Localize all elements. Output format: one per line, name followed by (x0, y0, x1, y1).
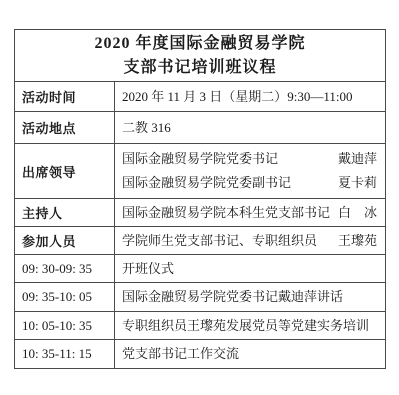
content-line: 专职组织员王瓈苑发展党员等党建实务培训 (122, 318, 377, 334)
schedule-time: 09: 35-10: 05 (15, 283, 115, 311)
content-line: 2020 年 11 月 3 日（星期二）9:30—11:00 (122, 89, 377, 105)
schedule-row: 10: 05-10: 35 专职组织员王瓈苑发展党员等党建实务培训 (15, 311, 385, 339)
content-line: 国际金融贸易学院党委书记戴迪萍讲话 (122, 289, 377, 305)
row-label: 活动时间 (15, 82, 115, 111)
content-text: 国际金融贸易学院党委书记 (122, 151, 278, 167)
row-label: 主持人 (15, 199, 115, 226)
info-row-participants: 参加人员 学院师生党支部书记、专职组织员 王瓈苑 (15, 226, 385, 254)
schedule-activity: 党支部书记工作交流 (122, 346, 239, 362)
row-content: 专职组织员王瓈苑发展党员等党建实务培训 (115, 312, 385, 339)
info-row-activity-time: 活动时间 2020 年 11 月 3 日（星期二）9:30—11:00 (15, 81, 385, 111)
info-row-host: 主持人 国际金融贸易学院本科生党支部书记 白 冰 (15, 198, 385, 226)
row-content: 学院师生党支部书记、专职组织员 王瓈苑 (115, 227, 385, 254)
table-title: 2020 年度国际金融贸易学院 支部书记培训班议程 (15, 30, 385, 81)
row-content: 二教 316 (115, 112, 385, 143)
row-content: 国际金融贸易学院党委书记戴迪萍讲话 (115, 283, 385, 311)
content-line: 开班仪式 (122, 261, 377, 277)
content-name: 夏卡莉 (338, 175, 377, 191)
content-text: 二教 316 (122, 120, 171, 136)
row-content: 2020 年 11 月 3 日（星期二）9:30—11:00 (115, 82, 385, 111)
content-name: 王瓈苑 (338, 233, 377, 249)
schedule-activity: 专职组织员王瓈苑发展党员等党建实务培训 (122, 318, 369, 334)
info-row-attending-leaders: 出席领导 国际金融贸易学院党委书记 戴迪萍 国际金融贸易学院党委副书记 夏卡莉 (15, 143, 385, 198)
row-content: 国际金融贸易学院本科生党支部书记 白 冰 (115, 199, 385, 226)
agenda-table: 2020 年度国际金融贸易学院 支部书记培训班议程 活动时间 2020 年 11… (14, 29, 386, 369)
content-text: 国际金融贸易学院党委副书记 (122, 175, 291, 191)
schedule-row: 09: 35-10: 05 国际金融贸易学院党委书记戴迪萍讲话 (15, 282, 385, 311)
content-name: 白 冰 (338, 205, 377, 221)
row-label: 参加人员 (15, 227, 115, 254)
content-text: 学院师生党支部书记、专职组织员 (122, 233, 317, 249)
schedule-row: 10: 35-11: 15 党支部书记工作交流 (15, 339, 385, 368)
row-content: 党支部书记工作交流 (115, 340, 385, 368)
content-text: 2020 年 11 月 3 日（星期二）9:30—11:00 (122, 89, 353, 105)
title-line-1: 2020 年度国际金融贸易学院 (15, 32, 385, 56)
document-page: 2020 年度国际金融贸易学院 支部书记培训班议程 活动时间 2020 年 11… (0, 0, 399, 395)
content-line: 二教 316 (122, 120, 377, 136)
title-line-2: 支部书记培训班议程 (15, 56, 385, 80)
content-text: 国际金融贸易学院本科生党支部书记 (122, 205, 330, 221)
schedule-activity: 开班仪式 (122, 261, 174, 277)
content-line: 学院师生党支部书记、专职组织员 王瓈苑 (122, 233, 377, 249)
schedule-time: 10: 05-10: 35 (15, 312, 115, 339)
content-line: 党支部书记工作交流 (122, 346, 377, 362)
schedule-time: 09: 30-09: 35 (15, 255, 115, 282)
content-line: 国际金融贸易学院党委书记 戴迪萍 (122, 151, 377, 167)
row-content: 国际金融贸易学院党委书记 戴迪萍 国际金融贸易学院党委副书记 夏卡莉 (115, 144, 385, 198)
schedule-activity: 国际金融贸易学院党委书记戴迪萍讲话 (122, 289, 343, 305)
schedule-time: 10: 35-11: 15 (15, 340, 115, 368)
content-line: 国际金融贸易学院党委副书记 夏卡莉 (122, 175, 377, 191)
info-row-activity-place: 活动地点 二教 316 (15, 111, 385, 143)
schedule-row: 09: 30-09: 35 开班仪式 (15, 254, 385, 282)
row-content: 开班仪式 (115, 255, 385, 282)
row-label: 出席领导 (15, 144, 115, 198)
content-name: 戴迪萍 (338, 151, 377, 167)
content-line: 国际金融贸易学院本科生党支部书记 白 冰 (122, 205, 377, 221)
row-label: 活动地点 (15, 112, 115, 143)
